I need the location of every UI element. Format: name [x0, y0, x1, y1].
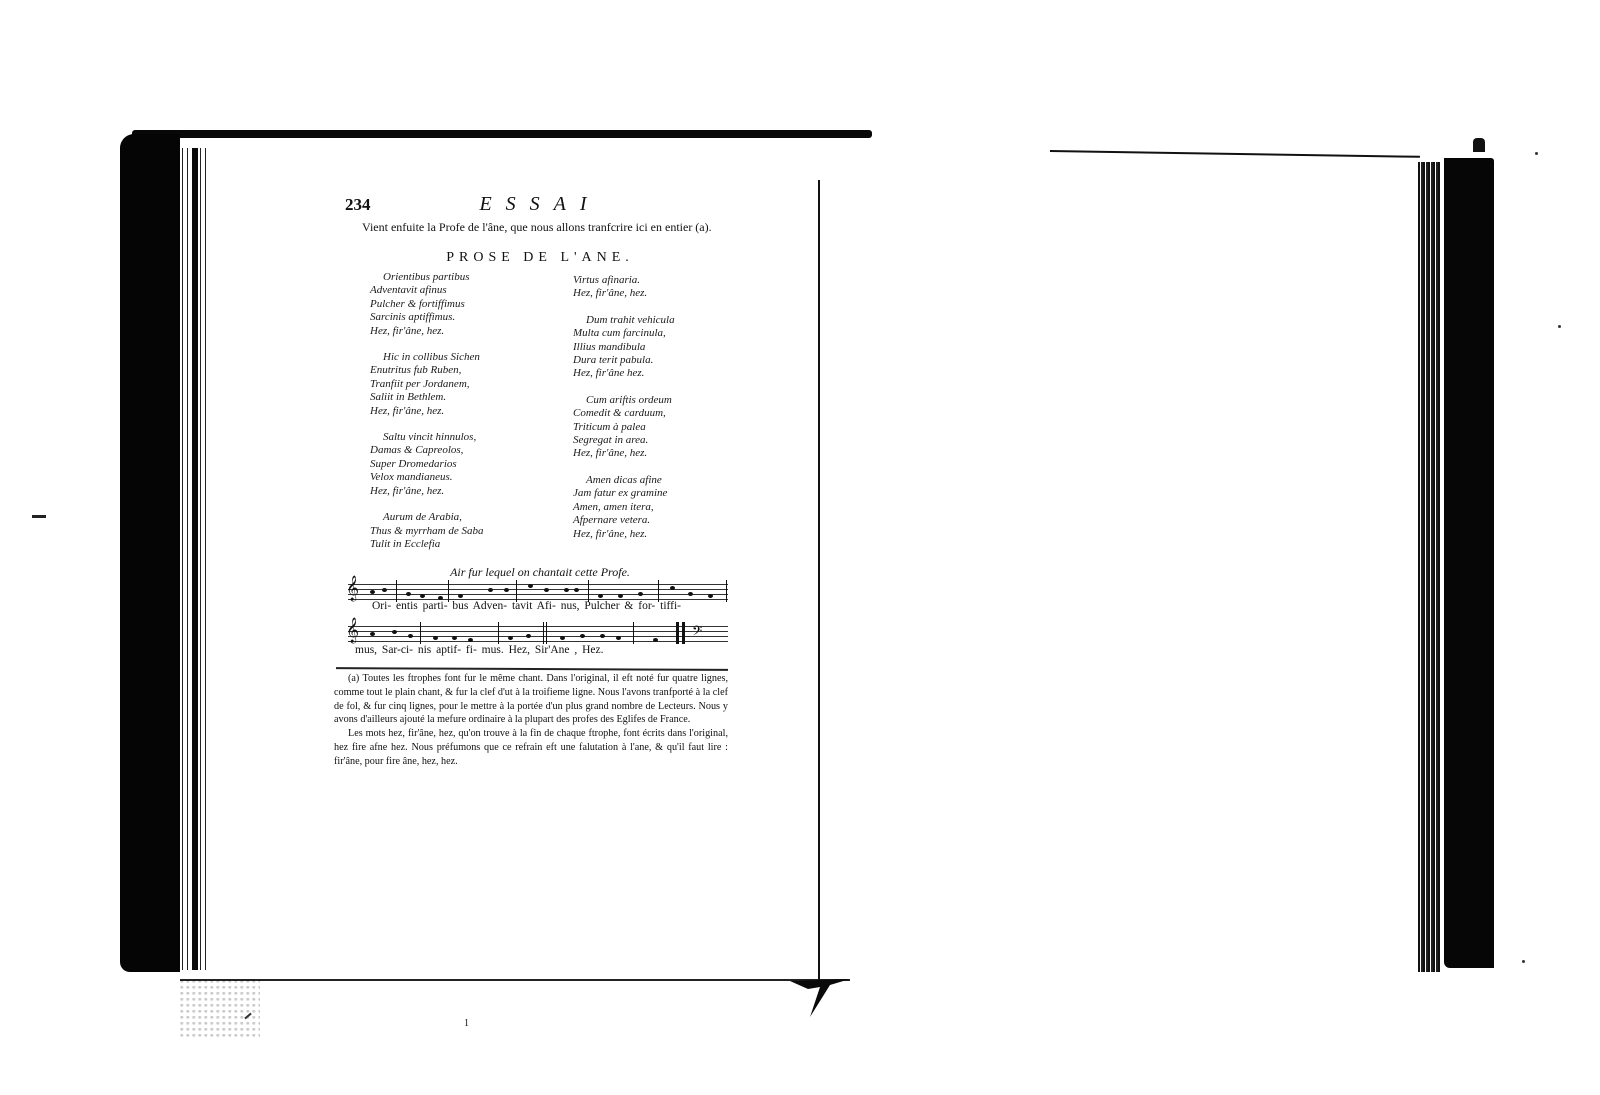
stanza: Hic in collibus Sichen Enutritus fub Rub…	[370, 351, 540, 418]
verse-line: Virtus afinaria.	[573, 274, 743, 287]
barline	[396, 580, 397, 602]
note	[653, 638, 658, 642]
treble-clef-icon: 𝄞	[346, 620, 359, 642]
music-staff-2: 𝄞 𝄢	[348, 622, 728, 644]
note	[504, 588, 509, 592]
scan-speckle	[180, 980, 260, 1040]
right-page-edges	[1418, 162, 1440, 972]
left-cover-top-edge	[132, 130, 872, 138]
barline	[448, 580, 449, 602]
scan-artifact	[32, 515, 46, 518]
footnote-continued: Les mots hez, fir'âne, hez, qu'on trouve…	[334, 727, 728, 768]
section-title: PROSE DE L'ANE.	[345, 250, 735, 266]
stanza: Orientibus partibus Adventavit afinus Pu…	[370, 271, 540, 338]
bottom-mark: 1	[464, 1018, 469, 1029]
right-book-cover	[1444, 158, 1494, 968]
verse-line: Thus & myrrham de Saba	[370, 525, 540, 538]
music-staff-1: 𝄞	[348, 580, 728, 602]
barline	[546, 622, 547, 644]
stanza: Dum trahit vehicula Multa cum farcinula,…	[573, 314, 743, 381]
verse-line: Illius mandibula	[573, 341, 743, 354]
running-title: ESSAI	[345, 193, 735, 216]
left-page-edges	[180, 148, 192, 970]
music-lyrics-line-2: mus, Sar-ci- nis aptif- fi- mus. Hez, Si…	[355, 644, 735, 656]
staff-lines	[348, 622, 728, 644]
note	[370, 632, 375, 636]
verse-line: Hez, fir'âne, hez.	[370, 405, 540, 418]
verse-line: Tranfiit per Jordanem,	[370, 378, 540, 391]
barline	[516, 580, 517, 602]
barline	[588, 580, 589, 602]
verse-line: Adventavit afinus	[370, 284, 540, 297]
stanza: Cum ariftis ordeum Comedit & carduum, Tr…	[573, 394, 743, 461]
scan-artifact	[1535, 152, 1538, 155]
verse-line: Dura terit pabula.	[573, 354, 743, 367]
note	[406, 592, 411, 596]
page-fold-line	[818, 180, 820, 980]
page-header: 234 ESSAI	[345, 195, 735, 217]
verse-line: Aurum de Arabia,	[370, 511, 540, 524]
note	[616, 636, 621, 640]
verse-line: Tulit in Ecclefia	[370, 538, 540, 551]
note	[544, 588, 549, 592]
verse-line: Segregat in area.	[573, 434, 743, 447]
verse-line: Hic in collibus Sichen	[370, 351, 540, 364]
left-page-bottom-line	[180, 979, 850, 981]
verse-line: Hez, fir'âne hez.	[573, 367, 743, 380]
stanza: Saltu vincit hinnulos, Damas & Capreolos…	[370, 431, 540, 498]
barline	[498, 622, 499, 644]
verse-line: Triticum à palea	[573, 421, 743, 434]
note	[528, 584, 533, 588]
footnotes: (a) Toutes les ftrophes font fur le même…	[334, 672, 728, 769]
verse-line: Pulcher & fortiffimus	[370, 298, 540, 311]
verse-line: Hez, fir'âne, hez.	[573, 528, 743, 541]
footnote-a: (a) Toutes les ftrophes font fur le même…	[334, 672, 728, 727]
verse-line: Saliit in Bethlem.	[370, 391, 540, 404]
note	[508, 636, 513, 640]
stanza: Aurum de Arabia, Thus & myrrham de Saba …	[370, 511, 540, 551]
note	[433, 636, 438, 640]
final-barline	[676, 622, 679, 644]
note	[488, 588, 493, 592]
stanza: Amen dicas afine Jam fatur ex gramine Am…	[573, 474, 743, 541]
verse-line: Multa cum farcinula,	[573, 327, 743, 340]
bass-clef-icon: 𝄢	[692, 622, 702, 644]
verse-line: Velox mandianeus.	[370, 471, 540, 484]
note	[600, 634, 605, 638]
music-caption: Air fur lequel on chantait cette Profe.	[345, 565, 735, 580]
verse-column-left: Orientibus partibus Adventavit afinus Pu…	[370, 271, 540, 564]
treble-clef-icon: 𝄞	[346, 578, 359, 600]
page-corner-fold-mark	[790, 975, 850, 1020]
barline	[543, 622, 544, 644]
verse-line: Amen, amen itera,	[573, 501, 743, 514]
barline	[420, 622, 421, 644]
verse-line: Amen dicas afine	[573, 474, 743, 487]
verse-line: Sarcinis aptiffimus.	[370, 311, 540, 324]
barline	[633, 622, 634, 644]
note	[452, 636, 457, 640]
verse-line: Hez, fir'âne, hez.	[370, 325, 540, 338]
note	[526, 634, 531, 638]
verse-line: Saltu vincit hinnulos,	[370, 431, 540, 444]
final-barline	[682, 622, 685, 644]
note	[638, 592, 643, 596]
verse-column-right: Virtus afinaria. Hez, fir'âne, hez. Dum …	[573, 274, 743, 554]
verse-line: Dum trahit vehicula	[573, 314, 743, 327]
note	[370, 590, 375, 594]
note	[468, 638, 473, 642]
verse-line: Damas & Capreolos,	[370, 444, 540, 457]
staff-lines	[348, 580, 728, 602]
note	[560, 636, 565, 640]
barline	[658, 580, 659, 602]
note	[580, 634, 585, 638]
note	[598, 594, 603, 598]
verse-line: Afpernare vetera.	[573, 514, 743, 527]
intro-paragraph: Vient enfuite la Profe de l'âne, que nou…	[345, 220, 735, 235]
note	[688, 592, 693, 596]
right-page-top-edge	[1050, 150, 1420, 158]
verse-line: Hez, fir'âne, hez.	[573, 447, 743, 460]
note	[458, 594, 463, 598]
verse-line: Super Dromedarios	[370, 458, 540, 471]
scan-artifact	[1558, 325, 1561, 328]
verse-line: Enutritus fub Ruben,	[370, 364, 540, 377]
note	[564, 588, 569, 592]
verse-line: Orientibus partibus	[370, 271, 540, 284]
verse-line: Hez, fir'âne, hez.	[370, 485, 540, 498]
right-cover-tab	[1473, 138, 1485, 152]
verse-line: Jam fatur ex gramine	[573, 487, 743, 500]
note	[670, 586, 675, 590]
note	[708, 594, 713, 598]
note	[574, 588, 579, 592]
left-book-cover	[120, 134, 180, 972]
scan-artifact	[1522, 960, 1525, 963]
note	[408, 634, 413, 638]
barline	[726, 580, 727, 602]
stanza: Virtus afinaria. Hez, fir'âne, hez.	[573, 274, 743, 301]
verse-line: Cum ariftis ordeum	[573, 394, 743, 407]
note	[382, 588, 387, 592]
note	[420, 594, 425, 598]
verse-line: Hez, fir'âne, hez.	[573, 287, 743, 300]
verse-line: Comedit & carduum,	[573, 407, 743, 420]
left-page-edges-inner	[198, 148, 210, 970]
music-lyrics-line-1: Ori- entis parti- bus Adven- tavit Afi- …	[372, 600, 752, 612]
note	[392, 630, 397, 634]
note	[618, 594, 623, 598]
